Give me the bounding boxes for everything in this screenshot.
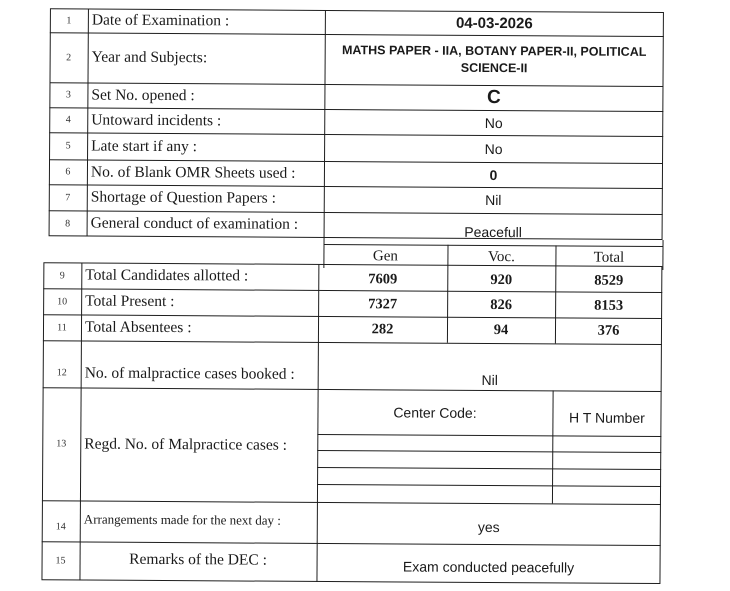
allotted-voc: 920 [447, 269, 555, 292]
row-number: 13 [42, 387, 81, 500]
ht-number-entry[interactable] [552, 435, 661, 452]
shortage-question-papers-value: Nil [324, 186, 663, 214]
absentees-voc: 94 [447, 317, 555, 344]
center-code-entry[interactable] [317, 484, 552, 503]
present-voc: 826 [447, 293, 555, 318]
set-no-opened-value: C [324, 84, 663, 111]
late-start-value: No [324, 134, 663, 163]
year-and-subjects-value: MATHS PAPER - IIA, BOTANY PAPER-II, POLI… [324, 34, 663, 86]
center-code-header: Center Code: [317, 398, 552, 427]
set-no-opened-label: Set No. opened : [87, 83, 324, 109]
ht-number-entry[interactable] [552, 468, 661, 486]
row-number: 12 [43, 358, 81, 387]
late-start-label: Late start if any : [87, 133, 324, 161]
center-code-entry[interactable] [317, 450, 552, 468]
present-total: 8153 [555, 293, 662, 318]
ht-number-entry[interactable] [552, 451, 661, 469]
remarks-value: Exam conducted peacefully [316, 550, 660, 584]
row-number: 10 [43, 288, 81, 314]
row-number: 2 [49, 32, 87, 82]
exam-report-form: 1 Date of Examination : 04-03-2026 2 Yea… [0, 0, 730, 591]
blank-omr-sheets-label: No. of Blank OMR Sheets used : [87, 160, 324, 186]
row-number: 9 [43, 262, 81, 288]
untoward-incidents-label: Untoward incidents : [87, 108, 324, 134]
row-number: 1 [50, 8, 88, 32]
malpractice-cases-booked-label: No. of malpractice cases booked : [81, 359, 318, 389]
total-absentees-label: Total Absentees : [81, 315, 318, 342]
general-conduct-value: Peacefull [324, 218, 663, 246]
divider [662, 240, 663, 270]
allotted-total: 8529 [555, 269, 662, 292]
remarks-label: Remarks of the DEC : [79, 541, 316, 578]
row-number: 6 [49, 159, 87, 184]
total-present-label: Total Present : [81, 289, 318, 316]
blank-omr-sheets-value: 0 [324, 161, 663, 188]
malpractice-cases-booked-value: Nil [318, 366, 662, 394]
subjects-line-2: SCIENCE-II [461, 60, 528, 77]
general-conduct-label: General conduct of examination : [87, 211, 324, 238]
row-number: 3 [49, 82, 87, 107]
total-candidates-allotted-label: Total Candidates allotted : [81, 263, 318, 290]
present-gen: 7327 [318, 292, 447, 317]
year-and-subjects-label: Year and Subjects: [87, 33, 324, 84]
subjects-line-1: MATHS PAPER - IIA, BOTANY PAPER-II, POLI… [342, 42, 647, 61]
ht-number-header: H T Number [552, 403, 661, 432]
date-of-examination-value: 04-03-2026 [325, 10, 664, 36]
center-code-entry[interactable] [317, 434, 552, 451]
regd-malpractice-cases-label: Regd. No. of Malpractice cases : [80, 387, 318, 501]
row-number: 11 [43, 314, 81, 340]
date-of-examination-label: Date of Examination : [88, 9, 325, 34]
next-day-arrangements-value: yes [317, 512, 661, 542]
shortage-question-papers-label: Shortage of Question Papers : [87, 185, 324, 212]
next-day-arrangements-label: Arrangements made for the next day : [80, 500, 317, 539]
row-number: 14 [42, 512, 80, 541]
row-number: 8 [49, 210, 87, 236]
row-number: 15 [41, 541, 79, 580]
untoward-incidents-value: No [324, 109, 663, 136]
absentees-total: 376 [555, 317, 662, 344]
ht-number-entry[interactable] [552, 485, 661, 504]
row-number: 5 [49, 132, 87, 159]
center-code-entry[interactable] [317, 467, 552, 485]
row-number: 4 [49, 107, 87, 132]
row-number: 7 [49, 184, 87, 210]
absentees-gen: 282 [318, 316, 447, 343]
allotted-gen: 7609 [318, 268, 447, 291]
